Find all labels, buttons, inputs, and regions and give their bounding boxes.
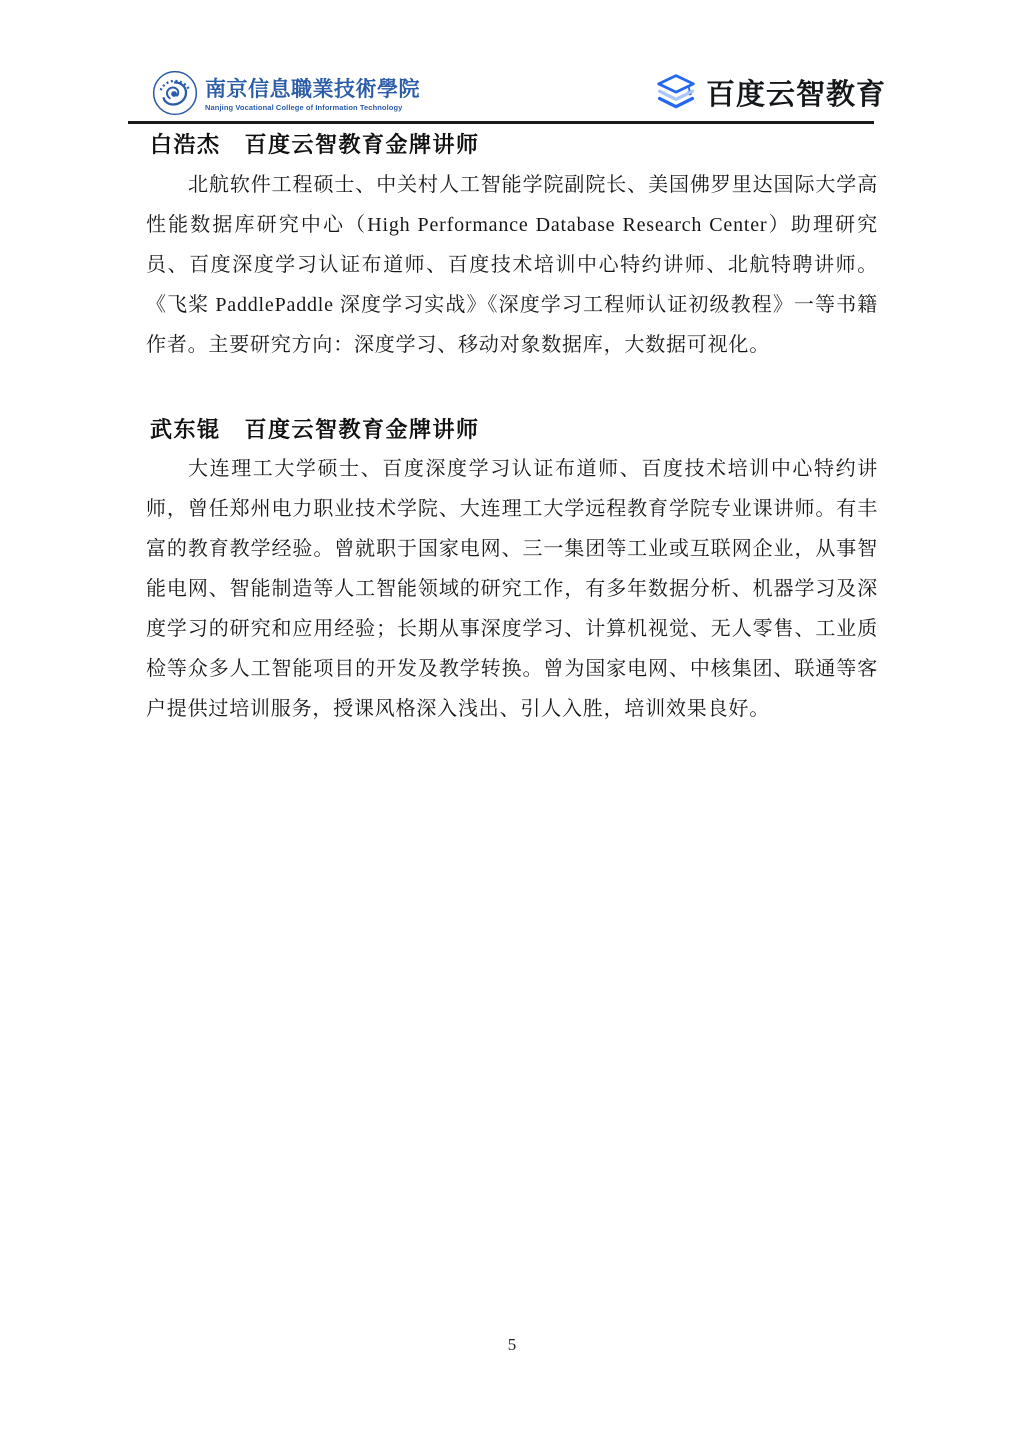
page-number: 5	[508, 1335, 517, 1354]
college-name-en: Nanjing Vocational College of Informatio…	[205, 103, 420, 112]
college-logo: 南京信息職業技術學院 Nanjing Vocational College of…	[152, 70, 420, 121]
lecturer-2-name: 武东锟	[150, 417, 221, 443]
baidu-cloud-edu-logo: 百度云智教育	[654, 72, 886, 119]
lecturer-2-heading: 武东锟 百度云智教育金牌讲师	[150, 417, 882, 443]
lecturer-2-bio: 大连理工大学硕士、百度深度学习认证布道师、百度技术培训中心特约讲师，曾任郑州电力…	[146, 449, 878, 729]
baidu-cloud-edu-icon	[654, 72, 698, 119]
lecturer-2-title: 百度云智教育金牌讲师	[245, 417, 480, 443]
header-divider	[128, 121, 874, 124]
lecturer-1-title: 百度云智教育金牌讲师	[245, 132, 480, 158]
college-name-zh: 南京信息職業技術學院	[205, 78, 420, 101]
college-name-block: 南京信息職業技術學院 Nanjing Vocational College of…	[205, 78, 420, 111]
page-header: 南京信息職業技術學院 Nanjing Vocational College of…	[152, 70, 886, 120]
page-footer: 5	[0, 1335, 1024, 1355]
baidu-cloud-edu-wordmark: 百度云智教育	[706, 81, 886, 110]
document-page: 南京信息職業技術學院 Nanjing Vocational College of…	[0, 0, 1024, 1448]
lecturer-1-heading: 白浩杰 百度云智教育金牌讲师	[150, 132, 882, 158]
lecturer-1-name: 白浩杰	[150, 132, 221, 158]
lecturer-1-bio: 北航软件工程硕士、中关村人工智能学院副院长、美国佛罗里达国际大学高性能数据库研究…	[146, 165, 878, 365]
college-seal-icon	[152, 70, 198, 121]
